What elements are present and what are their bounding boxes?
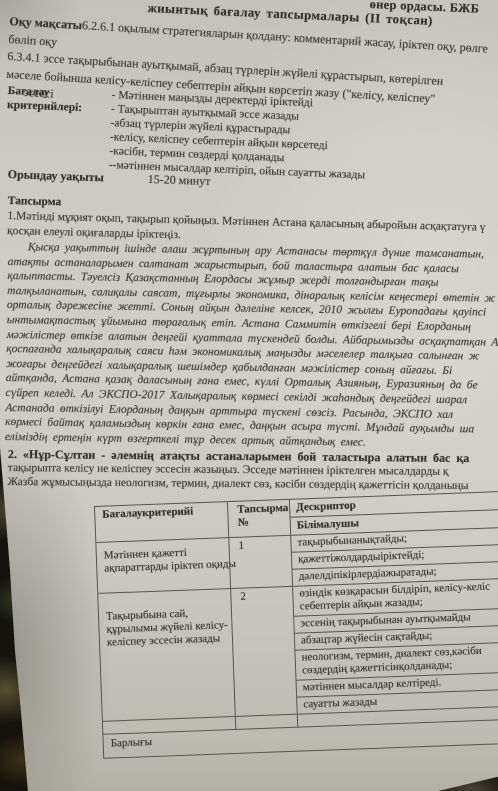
assessment-criteria-block: Бағалау критерийлері: - Мәтіннен маңызды… <box>5 84 369 182</box>
criteria-label: Бағалау критерийлері: <box>5 84 112 172</box>
task-number-cell: 1 <box>229 536 293 588</box>
empty-cell <box>236 715 298 729</box>
criteria-cell: Мәтіннен қажетті ақпараттарды іріктеп оқ… <box>96 538 231 593</box>
document-content: өнер ордасы. БЖБ жиынтық бағалау тапсырм… <box>0 0 498 791</box>
photo-of-document: { "header": { "line1_fragment": "өнер ор… <box>0 0 498 791</box>
duration-label: Орындау уақыты <box>7 167 104 185</box>
criteria-cell: Тақырыбына сай, құрылымы жүйелі келісу- … <box>98 589 236 721</box>
header-task-word: Тапсырма <box>237 502 289 517</box>
header-number-sign: № <box>237 515 289 530</box>
task2-line-3: Жазба жұмысыңызда неологизм, термин, диа… <box>8 475 470 493</box>
objective-label: Оқу мақсаты <box>9 14 82 32</box>
task2-block: 2. «Нұр-Сұлтан - әлемнің атақты астанала… <box>8 447 470 494</box>
criteria-label-line2: критерийлері: <box>7 98 111 116</box>
criteria-descriptor-table: Бағалаукритерийі Тапсырма № Дескриптор Б… <box>94 487 498 759</box>
header-cell-descriptor: Дескриптор Білімалушы <box>290 488 498 535</box>
reading-text: Қысқа уақыттың ішінде алаш жұртының ару … <box>5 240 498 452</box>
header-cell-criteria: Бағалаукритерийі <box>95 502 229 542</box>
total-label: Барлығы <box>110 736 152 756</box>
header-cell-task-number: Тапсырма № <box>228 500 291 537</box>
descriptor-cell: өзіндік көзқарасын білдіріп, келісу-келі… <box>293 575 498 714</box>
criteria-items: - Мәтіннен маңызды деректерді іріктейді … <box>109 88 369 182</box>
duration-value: 15-20 минут <box>148 172 211 189</box>
task-number-cell: 2 <box>231 587 298 716</box>
table-row: Тақырыбына сай, құрылымы жүйелі келісу- … <box>98 575 498 722</box>
